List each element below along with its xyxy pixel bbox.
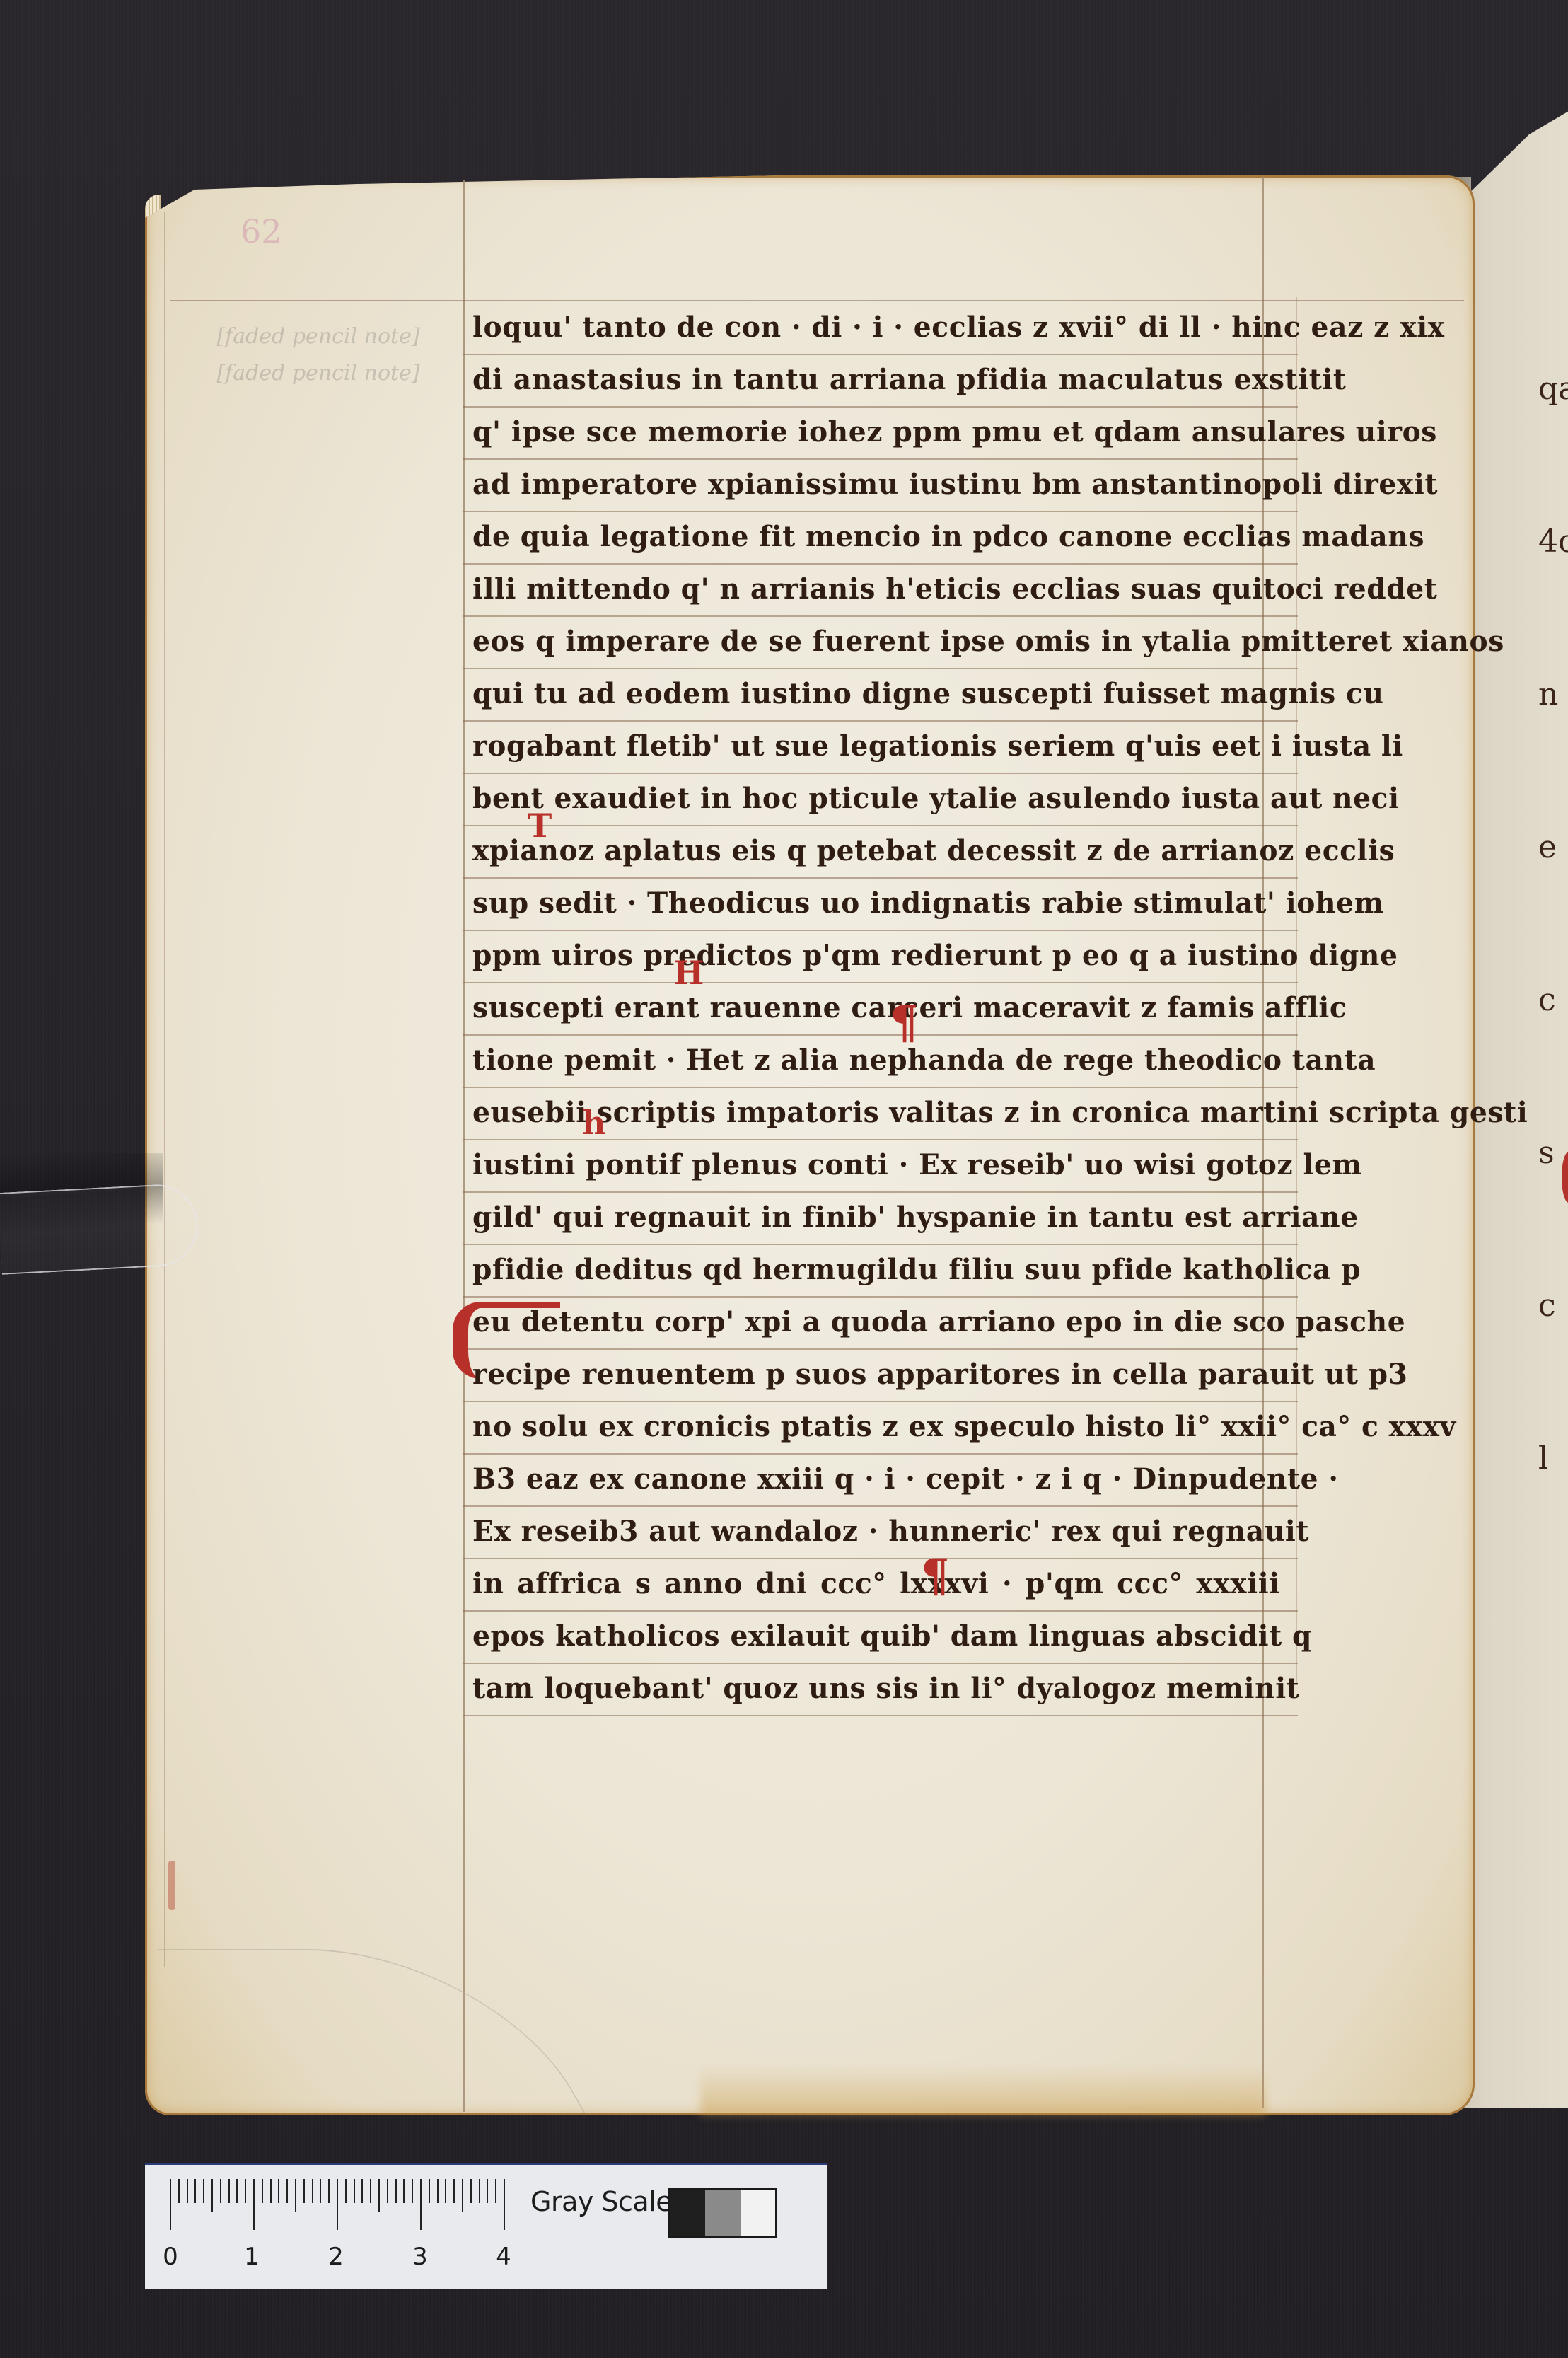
rubric-initial: H	[673, 954, 704, 992]
text-line: sup sedit · Theodicus uo indignatis rabi…	[472, 877, 1280, 930]
facing-fragment: c	[1538, 975, 1568, 1026]
ruler-tick	[286, 2179, 288, 2203]
ruler-tick	[320, 2179, 321, 2203]
text-line: gild' qui regnauit in finib' hyspanie in…	[472, 1191, 1280, 1244]
ruler-tick	[387, 2179, 388, 2203]
water-stain	[700, 2066, 1266, 2115]
ruler-tick	[312, 2179, 313, 2203]
text-line: eos q imperare de se fuerent ipse omis i…	[472, 615, 1280, 668]
ruler-tick	[220, 2179, 221, 2203]
red-edge-mark	[168, 1861, 175, 1910]
ruling-outer-margin	[164, 212, 165, 1967]
text-line: Ex reseib3 aut wandaloz · hunneric' rex …	[472, 1505, 1280, 1558]
text-line: ad imperatore xpianissimu iustinu bm ans…	[472, 458, 1280, 511]
ruler-tick	[453, 2179, 455, 2203]
ruler-tick	[429, 2179, 430, 2203]
facing-fragment: e	[1538, 822, 1568, 873]
ruler-tick	[303, 2179, 305, 2203]
text-column: loquu' tanto de con · di · i · ecclias z…	[472, 301, 1296, 1715]
rubric-initial: h	[582, 1104, 605, 1142]
text-line: de quia legatione fit mencio in pdco can…	[472, 511, 1280, 563]
text-line: no solu ex cronicis ptatis z ex speculo …	[472, 1401, 1280, 1453]
marginal-note: [faded pencil note]	[184, 355, 453, 392]
ruler-tick	[345, 2179, 347, 2203]
text-line: in affrica s anno dni ccc° lxxxvi · p'qm…	[472, 1558, 1280, 1610]
ruler-tick	[270, 2179, 272, 2203]
rubric-initial: T	[528, 807, 552, 845]
ruler-tick	[295, 2179, 296, 2212]
ruler-tick	[170, 2179, 171, 2230]
ruler	[170, 2179, 350, 2250]
ruler-tick	[445, 2179, 446, 2203]
ruler-tick	[253, 2179, 255, 2230]
ruler-tick	[395, 2179, 397, 2203]
ruler-tick	[403, 2179, 405, 2203]
facing-page-text: qa 4o n e c s c l	[1538, 262, 1568, 1535]
ruling-line	[463, 1715, 1298, 1716]
ruler-label: 2	[328, 2243, 344, 2271]
facing-fragment: qa	[1538, 364, 1568, 415]
gray-scale-label: Gray Scale	[530, 2186, 672, 2217]
ruler-label: 4	[496, 2243, 511, 2271]
ruler-tick	[337, 2179, 338, 2230]
text-line: iustini pontif plenus conti · Ex reseib'…	[472, 1139, 1280, 1191]
ruler-tick	[211, 2179, 213, 2212]
ruler-tick	[504, 2179, 505, 2230]
text-line: q' ipse sce memorie iohez ppm pmu et qda…	[472, 406, 1280, 458]
ruler-tick	[328, 2179, 330, 2203]
text-line: rogabant fletib' ut sue legationis serie…	[472, 720, 1280, 773]
rubric-paraph: ¶	[890, 996, 919, 1049]
ruler-tick	[479, 2179, 480, 2203]
ruler-tick	[203, 2179, 204, 2203]
ruler-tick	[495, 2179, 496, 2203]
text-line: ppm uiros predictos p'qm redierunt p eo …	[472, 930, 1280, 982]
ruler-tick	[278, 2179, 279, 2203]
gray-scale-swatches	[668, 2188, 777, 2238]
ruling-left-bound	[463, 180, 465, 2112]
ruler-tick	[412, 2179, 413, 2203]
ruler-label: 3	[412, 2243, 428, 2271]
ruler-tick	[487, 2179, 488, 2203]
ruler-tick	[354, 2179, 355, 2203]
facing-fragment: 4o	[1538, 516, 1568, 567]
ruler-tick	[462, 2179, 463, 2212]
ruler-tick	[370, 2179, 371, 2203]
facing-fragment: c	[1538, 1281, 1568, 1331]
folio-number: 62	[240, 212, 282, 250]
plastic-page-clip	[0, 1182, 200, 1274]
text-line: pfidie deditus qd hermugildu filiu suu p…	[472, 1244, 1280, 1296]
ruler-label: 1	[244, 2243, 260, 2271]
marginal-note: [faded pencil note]	[184, 318, 453, 355]
text-line: eu detentu corp' xpi a quoda arriano epo…	[472, 1296, 1280, 1348]
rubric-paraph: ¶	[921, 1549, 950, 1602]
swatch-white	[741, 2190, 775, 2236]
ruler-tick	[245, 2179, 246, 2203]
text-line: tam loquebant' quoz uns sis in li° dyalo…	[472, 1663, 1280, 1715]
text-line: illi mittendo q' n arrianis h'eticis ecc…	[472, 563, 1280, 615]
text-line: bent exaudiet in hoc pticule ytalie asul…	[472, 773, 1280, 825]
facing-fragment: n	[1538, 669, 1568, 720]
ruler-tick	[378, 2179, 380, 2212]
ruler-tick	[178, 2179, 180, 2203]
ruler-tick	[470, 2179, 472, 2203]
pencil-marginalia: [faded pencil note] [faded pencil note]	[184, 318, 453, 392]
text-line: xpianoz aplatus eis q petebat decessit z…	[472, 825, 1280, 877]
text-line: B3 eaz ex canone xxiii q · i · cepit · z…	[472, 1453, 1280, 1505]
ruler-tick	[361, 2179, 363, 2203]
ruler-tick	[437, 2179, 439, 2203]
ruler-tick	[228, 2179, 230, 2203]
swatch-gray	[705, 2190, 740, 2236]
text-line: di anastasius in tantu arriana pfidia ma…	[472, 354, 1280, 406]
swatch-black	[670, 2190, 705, 2236]
text-line: suscepti erant rauenne carceri maceravit…	[472, 982, 1280, 1034]
ruler-tick	[262, 2179, 263, 2203]
ruler-label: 0	[163, 2243, 178, 2271]
text-line: tione pemit · Het z alia nephanda de reg…	[472, 1034, 1280, 1087]
text-line: recipe renuentem p suos apparitores in c…	[472, 1348, 1280, 1401]
ruler-tick	[236, 2179, 238, 2203]
ruler-tick	[194, 2179, 196, 2203]
ruler-tick	[420, 2179, 422, 2230]
text-line: epos katholicos exilauit quib' dam lingu…	[472, 1610, 1280, 1663]
ruler-tick	[187, 2179, 188, 2203]
facing-fragment: l	[1538, 1433, 1568, 1484]
text-line: loquu' tanto de con · di · i · ecclias z…	[472, 301, 1280, 354]
text-line: qui tu ad eodem iustino digne suscepti f…	[472, 668, 1280, 720]
